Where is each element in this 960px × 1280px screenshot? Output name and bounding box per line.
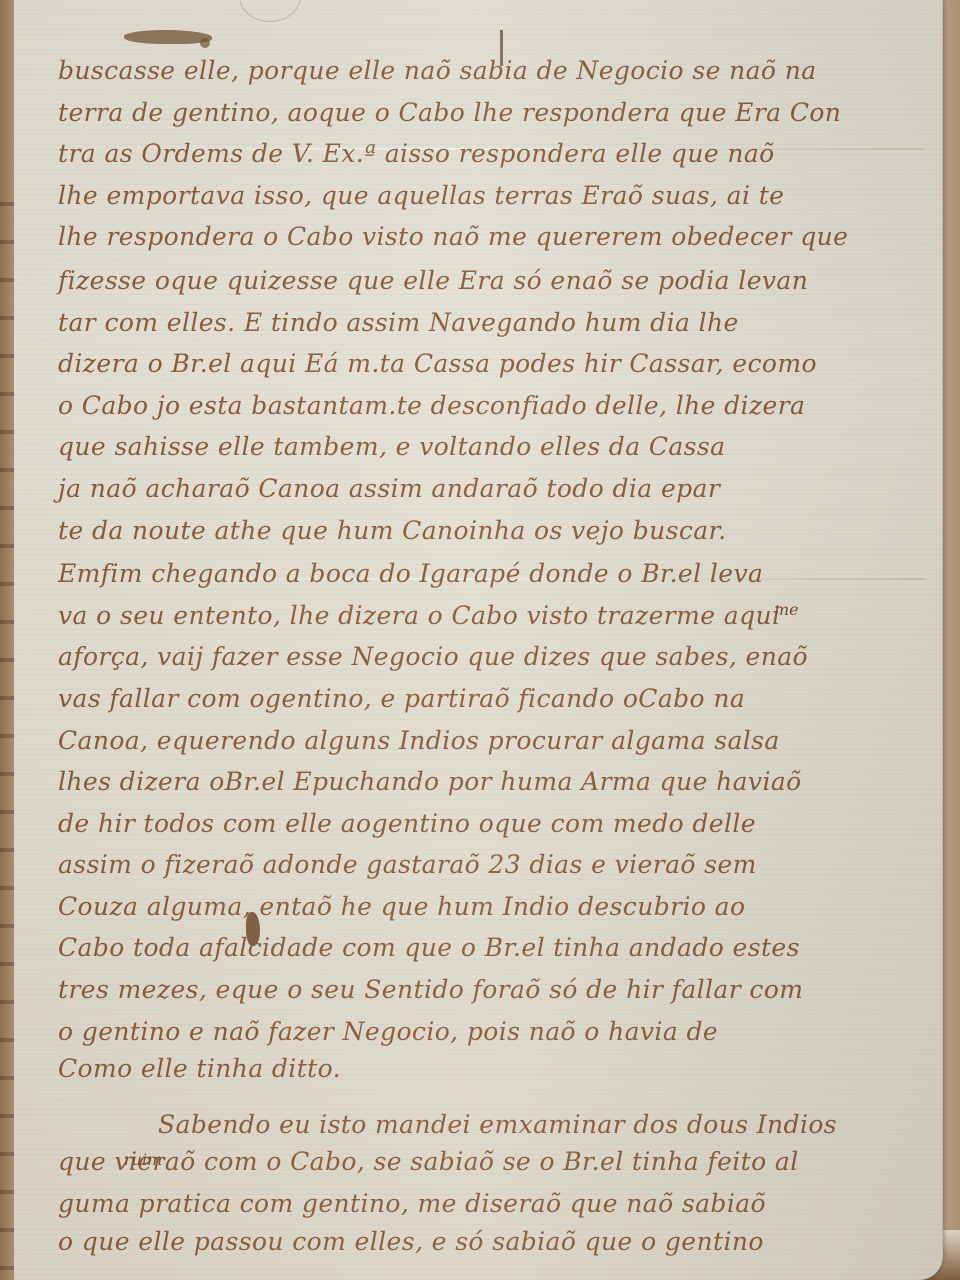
text-line: dizera o Br.el aqui Eá m.ta Cassa podes … bbox=[58, 343, 928, 385]
text-line: Como elle tinha ditto. bbox=[58, 1048, 928, 1090]
text-line: vas fallar com ogentino, e partiraõ fica… bbox=[58, 678, 928, 720]
text-line: fizesse oque quizesse que elle Era só en… bbox=[58, 260, 928, 302]
text-line: te da noute athe que hum Canoinha os vej… bbox=[58, 510, 928, 552]
interlinear-insertion: me bbox=[774, 600, 799, 619]
text-line: o Cabo jo esta bastantam.te desconfiado … bbox=[58, 385, 928, 427]
handwritten-text-block: buscasse elle, porque elle naõ sabia de … bbox=[58, 50, 928, 1256]
text-line: terra de gentino, aoque o Cabo lhe respo… bbox=[58, 92, 928, 134]
text-line: o gentino e naõ fazer Negocio, pois naõ … bbox=[58, 1011, 928, 1053]
paragraph-start-line: Sabendo eu isto mandei emxaminar dos dou… bbox=[58, 1104, 928, 1146]
text-line: tres mezes, eque o seu Sentido foraõ só … bbox=[58, 969, 928, 1011]
text-line: que vieraõ com o Cabo, se sabiaõ se o Br… bbox=[58, 1141, 928, 1183]
text-line: aforça, vaij fazer esse Negocio que dize… bbox=[58, 636, 928, 678]
text-line: tar com elles. E tindo assim Navegando h… bbox=[58, 302, 928, 344]
photo-scene: buscasse elle, porque elle naõ sabia de … bbox=[0, 0, 960, 1280]
pencil-folio-mark bbox=[239, 0, 301, 22]
text-line: ja naõ acharaõ Canoa assim andaraõ todo … bbox=[58, 468, 928, 510]
text-line: lhe emportava isso, que aquellas terras … bbox=[58, 175, 928, 217]
text-line: lhe respondera o Cabo visto naõ me quere… bbox=[58, 216, 928, 258]
torn-hole-dot bbox=[200, 38, 210, 48]
text-line: guma pratica com gentino, me diseraõ que… bbox=[58, 1183, 928, 1225]
text-line: Couza alguma, entaõ he que hum Indio des… bbox=[58, 886, 928, 928]
torn-hole bbox=[124, 30, 212, 44]
text-line: buscasse elle, porque elle naõ sabia de … bbox=[58, 50, 928, 92]
text-line: assim o fizeraõ adonde gastaraõ 23 dias … bbox=[58, 844, 928, 886]
text-line: lhes dizera oBr.el Epuchando por huma Ar… bbox=[58, 761, 928, 803]
text-line: que sahisse elle tambem, e voltando elle… bbox=[58, 426, 928, 468]
manuscript-sheet: buscasse elle, porque elle naõ sabia de … bbox=[14, 0, 943, 1280]
text-line: tra as Ordems de V. Ex.ª aisso responder… bbox=[58, 133, 928, 175]
text-line: Canoa, equerendo alguns Indios procurar … bbox=[58, 720, 928, 762]
text-line: Cabo toda afalcidade com que o Br.el tin… bbox=[58, 927, 928, 969]
text-line: de hir todos com elle aogentino oque com… bbox=[58, 803, 928, 845]
text-line: Emfim chegando a boca do Igarapé donde o… bbox=[58, 553, 928, 595]
text-line: o que elle passou com elles, e só sabiaõ… bbox=[58, 1221, 928, 1263]
interlinear-insertion: ruim bbox=[124, 1150, 162, 1169]
